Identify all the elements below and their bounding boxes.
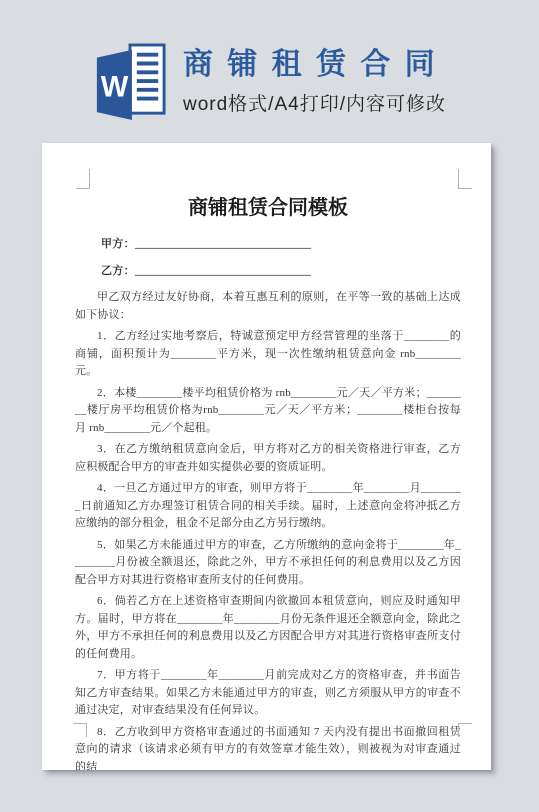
- contract-clause-6: 6．倘若乙方在上述资格审查期间内欲撤回本租赁意向，则应及时通知甲方。届时，甲方将…: [75, 593, 461, 663]
- banner-subtitle: word格式/A4打印/内容可修改: [183, 89, 446, 116]
- party-b-label: 乙方：: [101, 265, 135, 277]
- banner-title: 商 铺 租 赁 合 同: [183, 48, 446, 83]
- banner-text: 商 铺 租 赁 合 同 word格式/A4打印/内容可修改: [183, 48, 446, 116]
- margin-mark-bottom-right: [458, 723, 472, 737]
- contract-clause-3: 3．在乙方缴纳租赁意向金后，甲方将对乙方的相关资格进行审查，乙方应积极配合甲方的…: [75, 441, 461, 476]
- party-b-blank: ________________________________: [135, 265, 311, 277]
- margin-mark-top-right: [458, 169, 472, 189]
- margin-mark-top-left: [76, 169, 90, 189]
- party-a-line: 甲方：________________________________: [75, 231, 461, 258]
- contract-clause-7: 7．甲方将于________年________月前完成对乙方的资格审查，并书面告…: [75, 667, 461, 720]
- contract-clause-8: 8．乙方收到甲方资格审查通过的书面通知 7 天内没有提出书面撤回租赁意向的请求（…: [75, 724, 461, 771]
- contract-clause-1: 1．乙方经过实地考察后，特诚意预定甲方经营管理的坐落于________的商铺，面…: [75, 328, 461, 381]
- party-a-label: 甲方：: [101, 238, 135, 250]
- margin-mark-bottom-left: [73, 723, 87, 737]
- contract-intro: 甲乙双方经过友好协商，本着互惠互利的原则，在平等一致的基础上达成如下协议：: [75, 289, 461, 324]
- contract-clause-5: 5．如果乙方未能通过甲方的审查，乙方所缴纳的意向金将于________年____…: [75, 537, 461, 590]
- document-page: 商铺租赁合同模板 甲方：____________________________…: [42, 143, 491, 770]
- word-icon: W: [93, 42, 167, 122]
- contract-body: 甲乙双方经过友好协商，本着互惠互利的原则，在平等一致的基础上达成如下协议： 1．…: [75, 289, 461, 770]
- contract-title: 商铺租赁合同模板: [75, 195, 461, 221]
- party-b-line: 乙方：________________________________: [75, 258, 461, 285]
- banner: W 商 铺 租 赁 合 同 word格式/A4打印/内容可修改: [0, 0, 539, 130]
- contract-clause-2: 2．本楼________楼平均租赁价格为 rnb________元／天／平方米；…: [75, 385, 461, 438]
- word-icon-letter: W: [101, 72, 129, 104]
- contract-clause-4: 4．一旦乙方通过甲方的审查，则甲方将于________年________月___…: [75, 480, 461, 533]
- party-a-blank: ________________________________: [135, 238, 311, 250]
